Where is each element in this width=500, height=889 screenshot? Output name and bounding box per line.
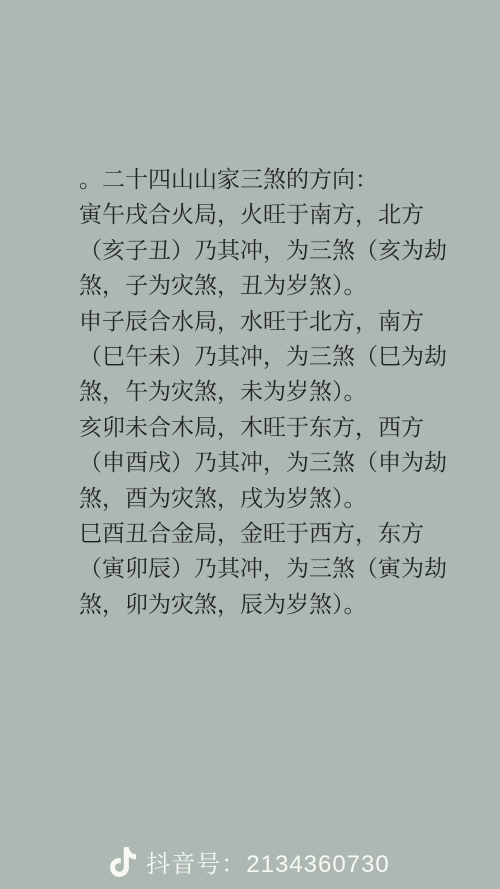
- sansha-text-block: 。二十四山山家三煞的方向： 寅午戌合火局，火旺于南方，北方 （亥子丑）乃其冲，为…: [79, 162, 460, 622]
- screenshot-page: 。二十四山山家三煞的方向： 寅午戌合火局，火旺于南方，北方 （亥子丑）乃其冲，为…: [0, 0, 500, 889]
- douyin-music-note-icon: [110, 847, 136, 877]
- douyin-watermark: 抖音号：2134360730: [0, 844, 500, 879]
- text-line: 亥卯未合木局，木旺于东方，西方: [79, 410, 460, 445]
- text-line: 煞，酉为灾煞，戌为岁煞）。: [79, 481, 460, 516]
- text-line: （寅卯辰）乃其冲，为三煞（寅为劫: [79, 551, 460, 586]
- text-line-title: 。二十四山山家三煞的方向：: [79, 162, 460, 197]
- text-line: 申子辰合水局，水旺于北方，南方: [79, 304, 460, 339]
- text-line: 寅午戌合火局，火旺于南方，北方: [79, 197, 460, 232]
- text-line: （亥子丑）乃其冲，为三煞（亥为劫: [79, 233, 460, 268]
- text-line: 煞，卯为灾煞，辰为岁煞）。: [79, 587, 460, 622]
- text-line: 煞，子为灾煞，丑为岁煞）。: [79, 268, 460, 303]
- text-line: 巳酉丑合金局，金旺于西方，东方: [79, 516, 460, 551]
- text-line: （申酉戌）乃其冲，为三煞（申为劫: [79, 445, 460, 480]
- text-line: （巳午未）乃其冲，为三煞（巳为劫: [79, 339, 460, 374]
- douyin-id-text: 抖音号：2134360730: [146, 844, 389, 879]
- text-line: 煞，午为灾煞，未为岁煞）。: [79, 374, 460, 409]
